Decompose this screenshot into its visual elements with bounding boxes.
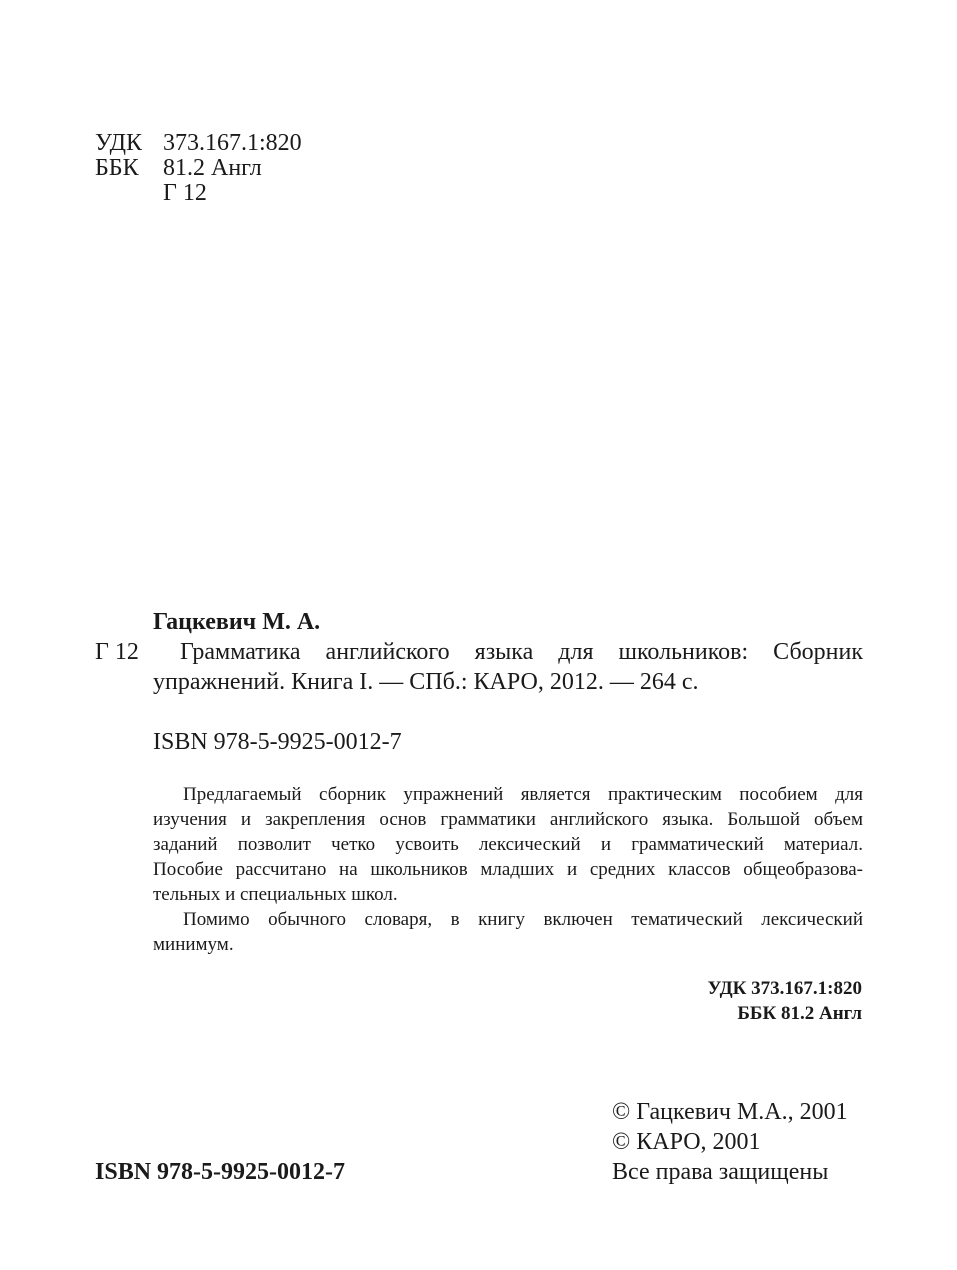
annotation-line: тельных и специальных школ.	[153, 882, 863, 907]
bbk-row: ББК 81.2 Англ	[95, 156, 302, 181]
title-line-1: Грамматика английского языка для школьни…	[153, 637, 863, 667]
author-mark-row: Г 12	[95, 181, 302, 206]
udk-row: УДК 373.167.1:820	[95, 131, 302, 156]
bbk-value: 81.2 Англ	[163, 156, 262, 181]
author-name: Гацкевич М. А.	[153, 607, 320, 637]
annotation: Предлагаемый сборник упражнений является…	[153, 782, 863, 957]
rights-reserved: Все права защищены	[612, 1157, 848, 1187]
title-line-2: упражнений. Книга I. — СПб.: КАРО, 2012.…	[153, 667, 863, 697]
isbn-bottom: ISBN 978-5-9925-0012-7	[95, 1157, 345, 1187]
bbk-label: ББК	[95, 156, 163, 181]
isbn: ISBN 978-5-9925-0012-7	[153, 727, 402, 757]
annotation-line: минимум.	[153, 932, 863, 957]
copyright-block: © Гацкевич М.А., 2001 © КАРО, 2001 Все п…	[612, 1097, 848, 1187]
copyright-author: © Гацкевич М.А., 2001	[612, 1097, 848, 1127]
annotation-paragraph-2: Помимо обычного словаря, в книгу включен…	[153, 907, 863, 957]
annotation-line: Предлагаемый сборник упражнений является…	[153, 782, 863, 807]
udk-bold: УДК 373.167.1:820	[708, 976, 862, 1001]
classification-block: УДК 373.167.1:820 ББК 81.2 Англ Г 12	[95, 131, 302, 206]
author-mark-margin: Г 12	[95, 637, 139, 667]
annotation-line: заданий позволит четко усвоить лексическ…	[153, 832, 863, 857]
udk-value: 373.167.1:820	[163, 131, 302, 156]
book-title: Грамматика английского языка для школьни…	[153, 637, 863, 697]
classification-bold: УДК 373.167.1:820 ББК 81.2 Англ	[708, 976, 862, 1026]
bbk-bold: ББК 81.2 Англ	[708, 1001, 862, 1026]
author-mark: Г 12	[163, 181, 207, 206]
copyright-publisher: © КАРО, 2001	[612, 1127, 848, 1157]
annotation-paragraph-1: Предлагаемый сборник упражнений является…	[153, 782, 863, 907]
annotation-line: изучения и закрепления основ грамматики …	[153, 807, 863, 832]
annotation-line: Помимо обычного словаря, в книгу включен…	[153, 907, 863, 932]
annotation-line: Пособие рассчитано на школьников младших…	[153, 857, 863, 882]
udk-label: УДК	[95, 131, 163, 156]
